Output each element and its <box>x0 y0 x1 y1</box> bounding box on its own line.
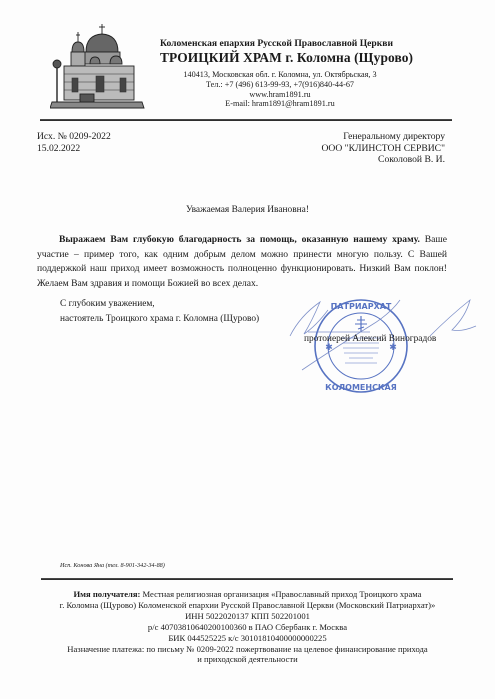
letter-body: Выражаем Вам глубокую благодарность за п… <box>37 233 447 291</box>
inn-kpp: ИНН 5022020137 КПП 502201001 <box>0 611 495 622</box>
executor-note: Исп. Конова Яна (тел. 8-901-342-34-88) <box>60 562 165 569</box>
salutation: Уважаемая Валерия Ивановна! <box>0 205 495 215</box>
header-divider <box>40 119 452 121</box>
bank-details: Имя получателя: Местная религиозная орга… <box>0 589 495 665</box>
recipient-name-part1: Местная религиозная организация «Правосл… <box>140 589 421 599</box>
outgoing-reference: Исх. № 0209-2022 15.02.2022 <box>37 131 111 154</box>
bik: БИК 044525225 к/с 30101810400000000225 <box>0 633 495 644</box>
recipient-line-1: Имя получателя: Местная религиозная орга… <box>0 589 495 600</box>
svg-text:КОЛОМЕНСКАЯ: КОЛОМЕНСКАЯ <box>325 383 397 392</box>
payment-purpose-2: и приходской деятельности <box>0 654 495 665</box>
addressee-block: Генеральному директору ООО "КЛИНСТОН СЕР… <box>322 131 446 166</box>
addressee-name: Соколовой В. И. <box>322 154 446 166</box>
addressee-company: ООО "КЛИНСТОН СЕРВИС" <box>322 143 446 155</box>
church-icon <box>50 22 146 110</box>
letter-date: 15.02.2022 <box>37 143 111 155</box>
diocese-name: Коломенская епархия Русской Православной… <box>160 38 393 49</box>
addressee-position: Генеральному директору <box>322 131 446 143</box>
payment-purpose-1: Назначение платежа: по письму № 0209-202… <box>0 644 495 655</box>
recipient-label: Имя получателя: <box>73 589 140 599</box>
letter-body-emphasis: Выражаем Вам глубокую благодарность за п… <box>59 234 420 245</box>
outgoing-number: Исх. № 0209-2022 <box>37 131 111 143</box>
address: 140413, Московская обл. г. Коломна, ул. … <box>160 70 400 80</box>
church-title: ТРОИЦКИЙ ХРАМ г. Коломна (Щурово) <box>160 50 413 66</box>
church-logo <box>50 22 146 110</box>
email-link[interactable]: E-mail: hram1891@hram1891.ru <box>160 99 400 109</box>
recipient-line-2: г. Коломна (Щурово) Коломенской епархии … <box>0 600 495 611</box>
website-link[interactable]: www.hram1891.ru <box>160 90 400 100</box>
phones: Тел.: +7 (496) 613-99-93, +7(916)840-44-… <box>160 80 400 90</box>
footer-divider <box>41 578 453 580</box>
signer-name: протоиерей Алексий Виноградов <box>304 334 436 344</box>
bank-account: р/с 40703810640200100360 в ПАО Сбербанк … <box>0 622 495 633</box>
contact-info: 140413, Московская обл. г. Коломна, ул. … <box>160 70 400 109</box>
